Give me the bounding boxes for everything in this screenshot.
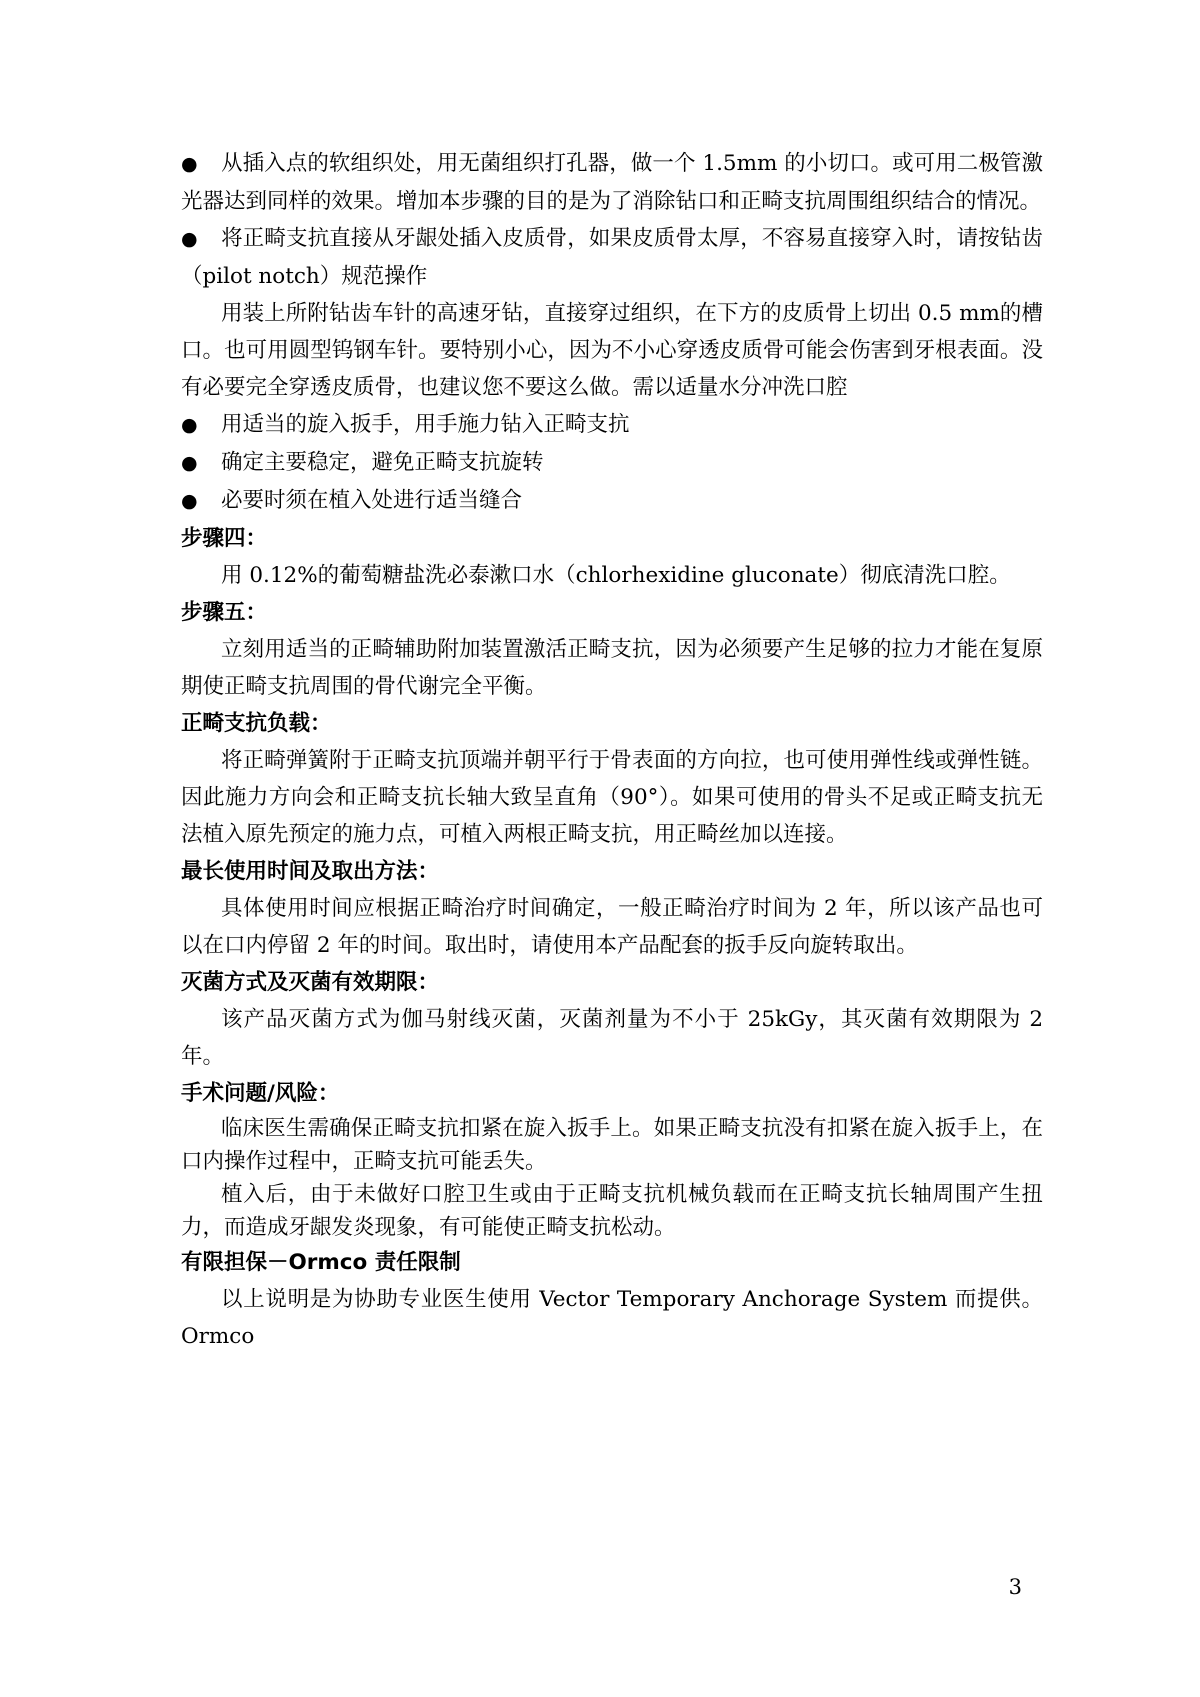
bullet-item-wrench: ●用适当的旋入扳手，用手施力钻入正畸支抗	[181, 406, 1043, 444]
paragraph-sterilization: 该产品灭菌方式为伽马射线灭菌，灭菌剂量为不小于 25kGy，其灭菌有效期限为 2…	[181, 1001, 1043, 1075]
bullet-text: 必要时须在植入处进行适当缝合	[221, 488, 522, 513]
paragraph-limited-warranty: 以上说明是为协助专业医生使用 Vector Temporary Anchorag…	[181, 1281, 1043, 1355]
paragraph-pilot-notch-drilling: 用装上所附钻齿车针的高速牙钻，直接穿过组织，在下方的皮质骨上切出 0.5 mm的…	[181, 295, 1043, 406]
paragraph-risk-wrench-loss: 临床医生需确保正畸支抗扣紧在旋入扳手上。如果正畸支抗没有扣紧在旋入扳手上，在口内…	[181, 1112, 1043, 1178]
section-heading-step-4: 步骤四：	[181, 520, 1043, 557]
bullet-text: 从插入点的软组织处，用无菌组织打孔器，做一个 1.5mm 的小切口。或可用二极管…	[181, 151, 1043, 214]
document-content: ●从插入点的软组织处，用无菌组织打孔器，做一个 1.5mm 的小切口。或可用二极…	[181, 145, 1043, 1355]
bullet-icon: ●	[181, 221, 221, 258]
bullet-text: 确定主要稳定，避免正畸支抗旋转	[221, 450, 544, 475]
bullet-icon: ●	[181, 146, 221, 183]
section-heading-surgical-risks: 手术问题/风险：	[181, 1075, 1043, 1112]
paragraph-step-5: 立刻用适当的正畸辅助附加装置激活正畸支抗，因为必须要产生足够的拉力才能在复原期使…	[181, 631, 1043, 705]
page-number: 3	[1009, 1573, 1022, 1601]
section-heading-max-duration-removal: 最长使用时间及取出方法：	[181, 853, 1043, 890]
section-heading-step-5: 步骤五：	[181, 594, 1043, 631]
paragraph-step-4: 用 0.12%的葡萄糖盐洗必泰漱口水（chlorhexidine glucona…	[181, 557, 1043, 594]
bullet-icon: ●	[181, 483, 221, 520]
paragraph-risk-loosening: 植入后，由于未做好口腔卫生或由于正畸支抗机械负载而在正畸支抗长轴周围产生扭力，而…	[181, 1178, 1043, 1244]
section-heading-limited-warranty: 有限担保－Ormco 责任限制	[181, 1244, 1043, 1281]
paragraph-max-duration-removal: 具体使用时间应根据正畸治疗时间确定，一般正畸治疗时间为 2 年，所以该产品也可以…	[181, 890, 1043, 964]
section-heading-anchorage-load: 正畸支抗负载：	[181, 705, 1043, 742]
bullet-icon: ●	[181, 407, 221, 444]
paragraph-anchorage-load: 将正畸弹簧附于正畸支抗顶端并朝平行于骨表面的方向拉，也可使用弹性线或弹性链。因此…	[181, 742, 1043, 853]
bullet-text: 将正畸支抗直接从牙龈处插入皮质骨，如果皮质骨太厚，不容易直接穿入时，请按钻齿（p…	[181, 226, 1043, 289]
bullet-item-stability: ●确定主要稳定，避免正畸支抗旋转	[181, 444, 1043, 482]
bullet-icon: ●	[181, 445, 221, 482]
bullet-item-insertion: ●将正畸支抗直接从牙龈处插入皮质骨，如果皮质骨太厚，不容易直接穿入时，请按钻齿（…	[181, 220, 1043, 295]
section-heading-sterilization: 灭菌方式及灭菌有效期限：	[181, 964, 1043, 1001]
bullet-item-suture: ●必要时须在植入处进行适当缝合	[181, 482, 1043, 520]
bullet-text: 用适当的旋入扳手，用手施力钻入正畸支抗	[221, 412, 630, 437]
bullet-item-incision: ●从插入点的软组织处，用无菌组织打孔器，做一个 1.5mm 的小切口。或可用二极…	[181, 145, 1043, 220]
